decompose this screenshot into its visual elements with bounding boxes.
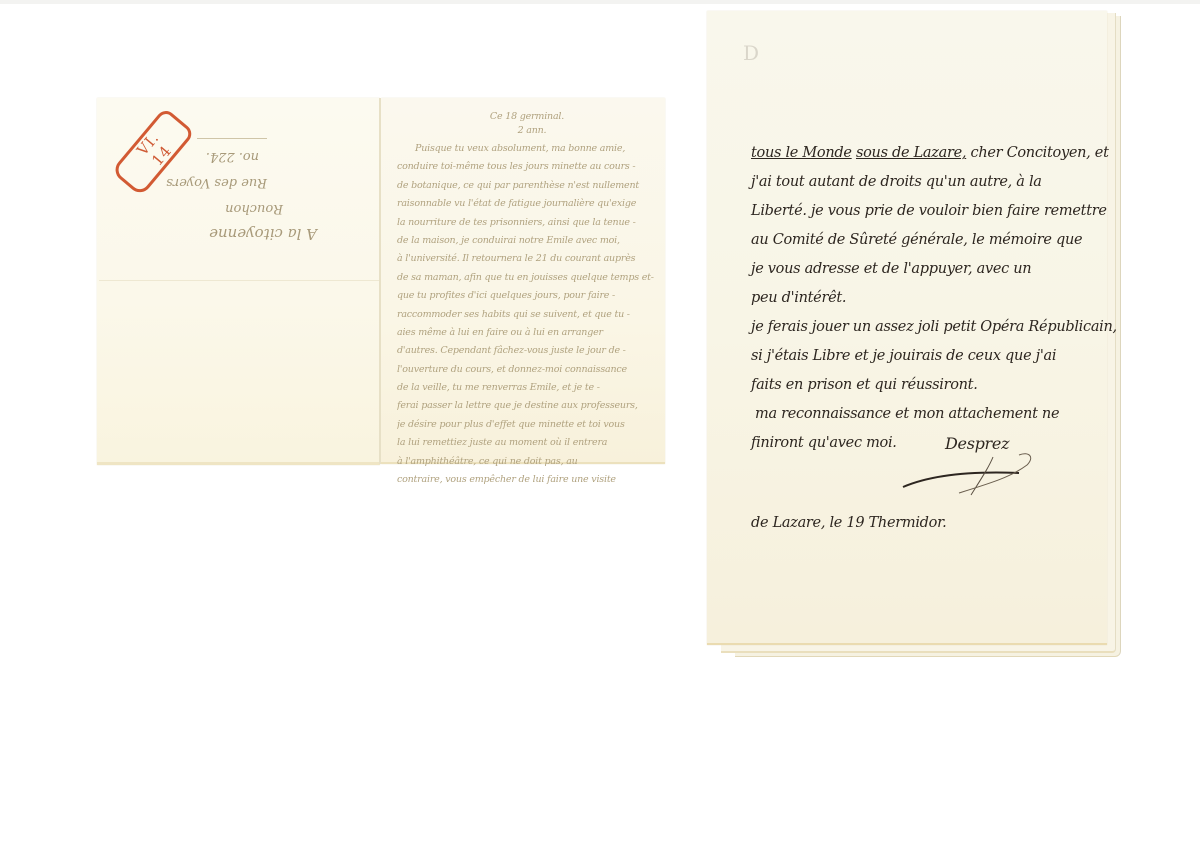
address-name: Rouchon (167, 195, 317, 221)
right-letter-body: tous le Monde sous de Lazare, cher Conci… (751, 139, 1101, 538)
text-line: de sa maman, afin que tu en jouisses que… (397, 269, 657, 287)
text-line: je ferais jouer un assez joli petit Opér… (751, 313, 1101, 342)
text-line: de la veille, tu me renverras Emile, et … (397, 379, 657, 397)
text-line: ferai passer la lettre que je destine au… (397, 397, 657, 415)
text-line: aies même à lui en faire ou à lui en arr… (397, 324, 657, 342)
text-line: tous le Monde sous de Lazare, cher Conci… (751, 139, 1101, 168)
text-line: raccommoder ses habits qui se suivent, e… (397, 306, 657, 324)
text-line: de botanique, ce qui par parenthèse n'es… (397, 177, 657, 195)
text-line: contraire, vous empêcher de lui faire un… (397, 471, 657, 489)
text-line: l'ouverture du cours, et donnez-moi conn… (397, 361, 657, 379)
text-line: d'autres. Cependant fâchez-vous juste le… (397, 342, 657, 360)
underlined-phrase: sous de Lazare, (856, 145, 966, 161)
signature-flourish-icon (901, 449, 1041, 499)
scan-top-edge (0, 0, 1200, 4)
text-line: j'ai tout autant de droits qu'un autre, … (751, 168, 1101, 197)
text-line: la nourriture de tes prisonniers, ainsi … (397, 214, 657, 232)
text-line: à l'université. Il retournera le 21 du c… (397, 250, 657, 268)
left-letter-body: Ce 18 germinal. 2 ann. Puisque tu veux a… (397, 110, 657, 489)
horizontal-fold (99, 280, 379, 281)
text-line: je désire pour plus d'effet que minette … (397, 416, 657, 434)
address-block: A la citoyenne Rouchon Rue des Voyers no… (167, 138, 317, 247)
address-street: Rue des Voyers (167, 169, 317, 195)
date-line-2: 2 ann. (397, 124, 657, 138)
text-line: de la maison, je conduirai notre Emile a… (397, 232, 657, 250)
left-letter-lines: Puisque tu veux absolument, ma bonne ami… (397, 140, 657, 489)
right-letter: D tous le Monde sous de Lazare, cher Con… (707, 11, 1121, 657)
address-recipient: A la citoyenne (167, 221, 317, 247)
text-line: raisonnable vu l'état de fatigue journal… (397, 195, 657, 213)
text-line: je vous adresse et de l'appuyer, avec un (751, 255, 1101, 284)
text-line: faits en prison et qui réussiront. (751, 371, 1101, 400)
text-line: si j'étais Libre et je jouirais de ceux … (751, 342, 1101, 371)
text-line: peu d'intérêt. (751, 284, 1101, 313)
front-sheet: D tous le Monde sous de Lazare, cher Con… (707, 11, 1107, 645)
text-line: au Comité de Sûreté générale, le mémoire… (751, 226, 1101, 255)
text-line: Liberté. je vous prie de vouloir bien fa… (751, 197, 1101, 226)
date-line-1: Ce 18 germinal. (397, 110, 657, 124)
text-line: à l'amphithéâtre, ce qui ne doit pas, au (397, 453, 657, 471)
text-line: la lui remettiez juste au moment où il e… (397, 434, 657, 452)
address-leaf: VI. 14 A la citoyenne Rouchon Rue des Vo… (97, 98, 380, 465)
closing-text: finiront qu'avec moi. (751, 429, 897, 458)
address-number: no. 224. (167, 143, 317, 169)
faint-pencil-mark: D (743, 41, 759, 65)
text-line: conduire toi-même tous les jours minette… (397, 158, 657, 176)
text-line: ma reconnaissance et mon attachement ne (751, 400, 1101, 429)
left-letter-date: Ce 18 germinal. 2 ann. (397, 110, 657, 138)
place-date: de Lazare, le 19 Thermidor. (751, 509, 1101, 538)
text-line: Puisque tu veux absolument, ma bonne ami… (397, 140, 657, 158)
closing-row: finiront qu'avec moi. Desprez (751, 429, 1101, 469)
text-line: que tu profites d'ici quelques jours, po… (397, 287, 657, 305)
address-rule (197, 138, 267, 139)
left-letter: VI. 14 A la citoyenne Rouchon Rue des Vo… (97, 98, 665, 464)
underlined-phrase: tous le Monde (751, 145, 852, 161)
